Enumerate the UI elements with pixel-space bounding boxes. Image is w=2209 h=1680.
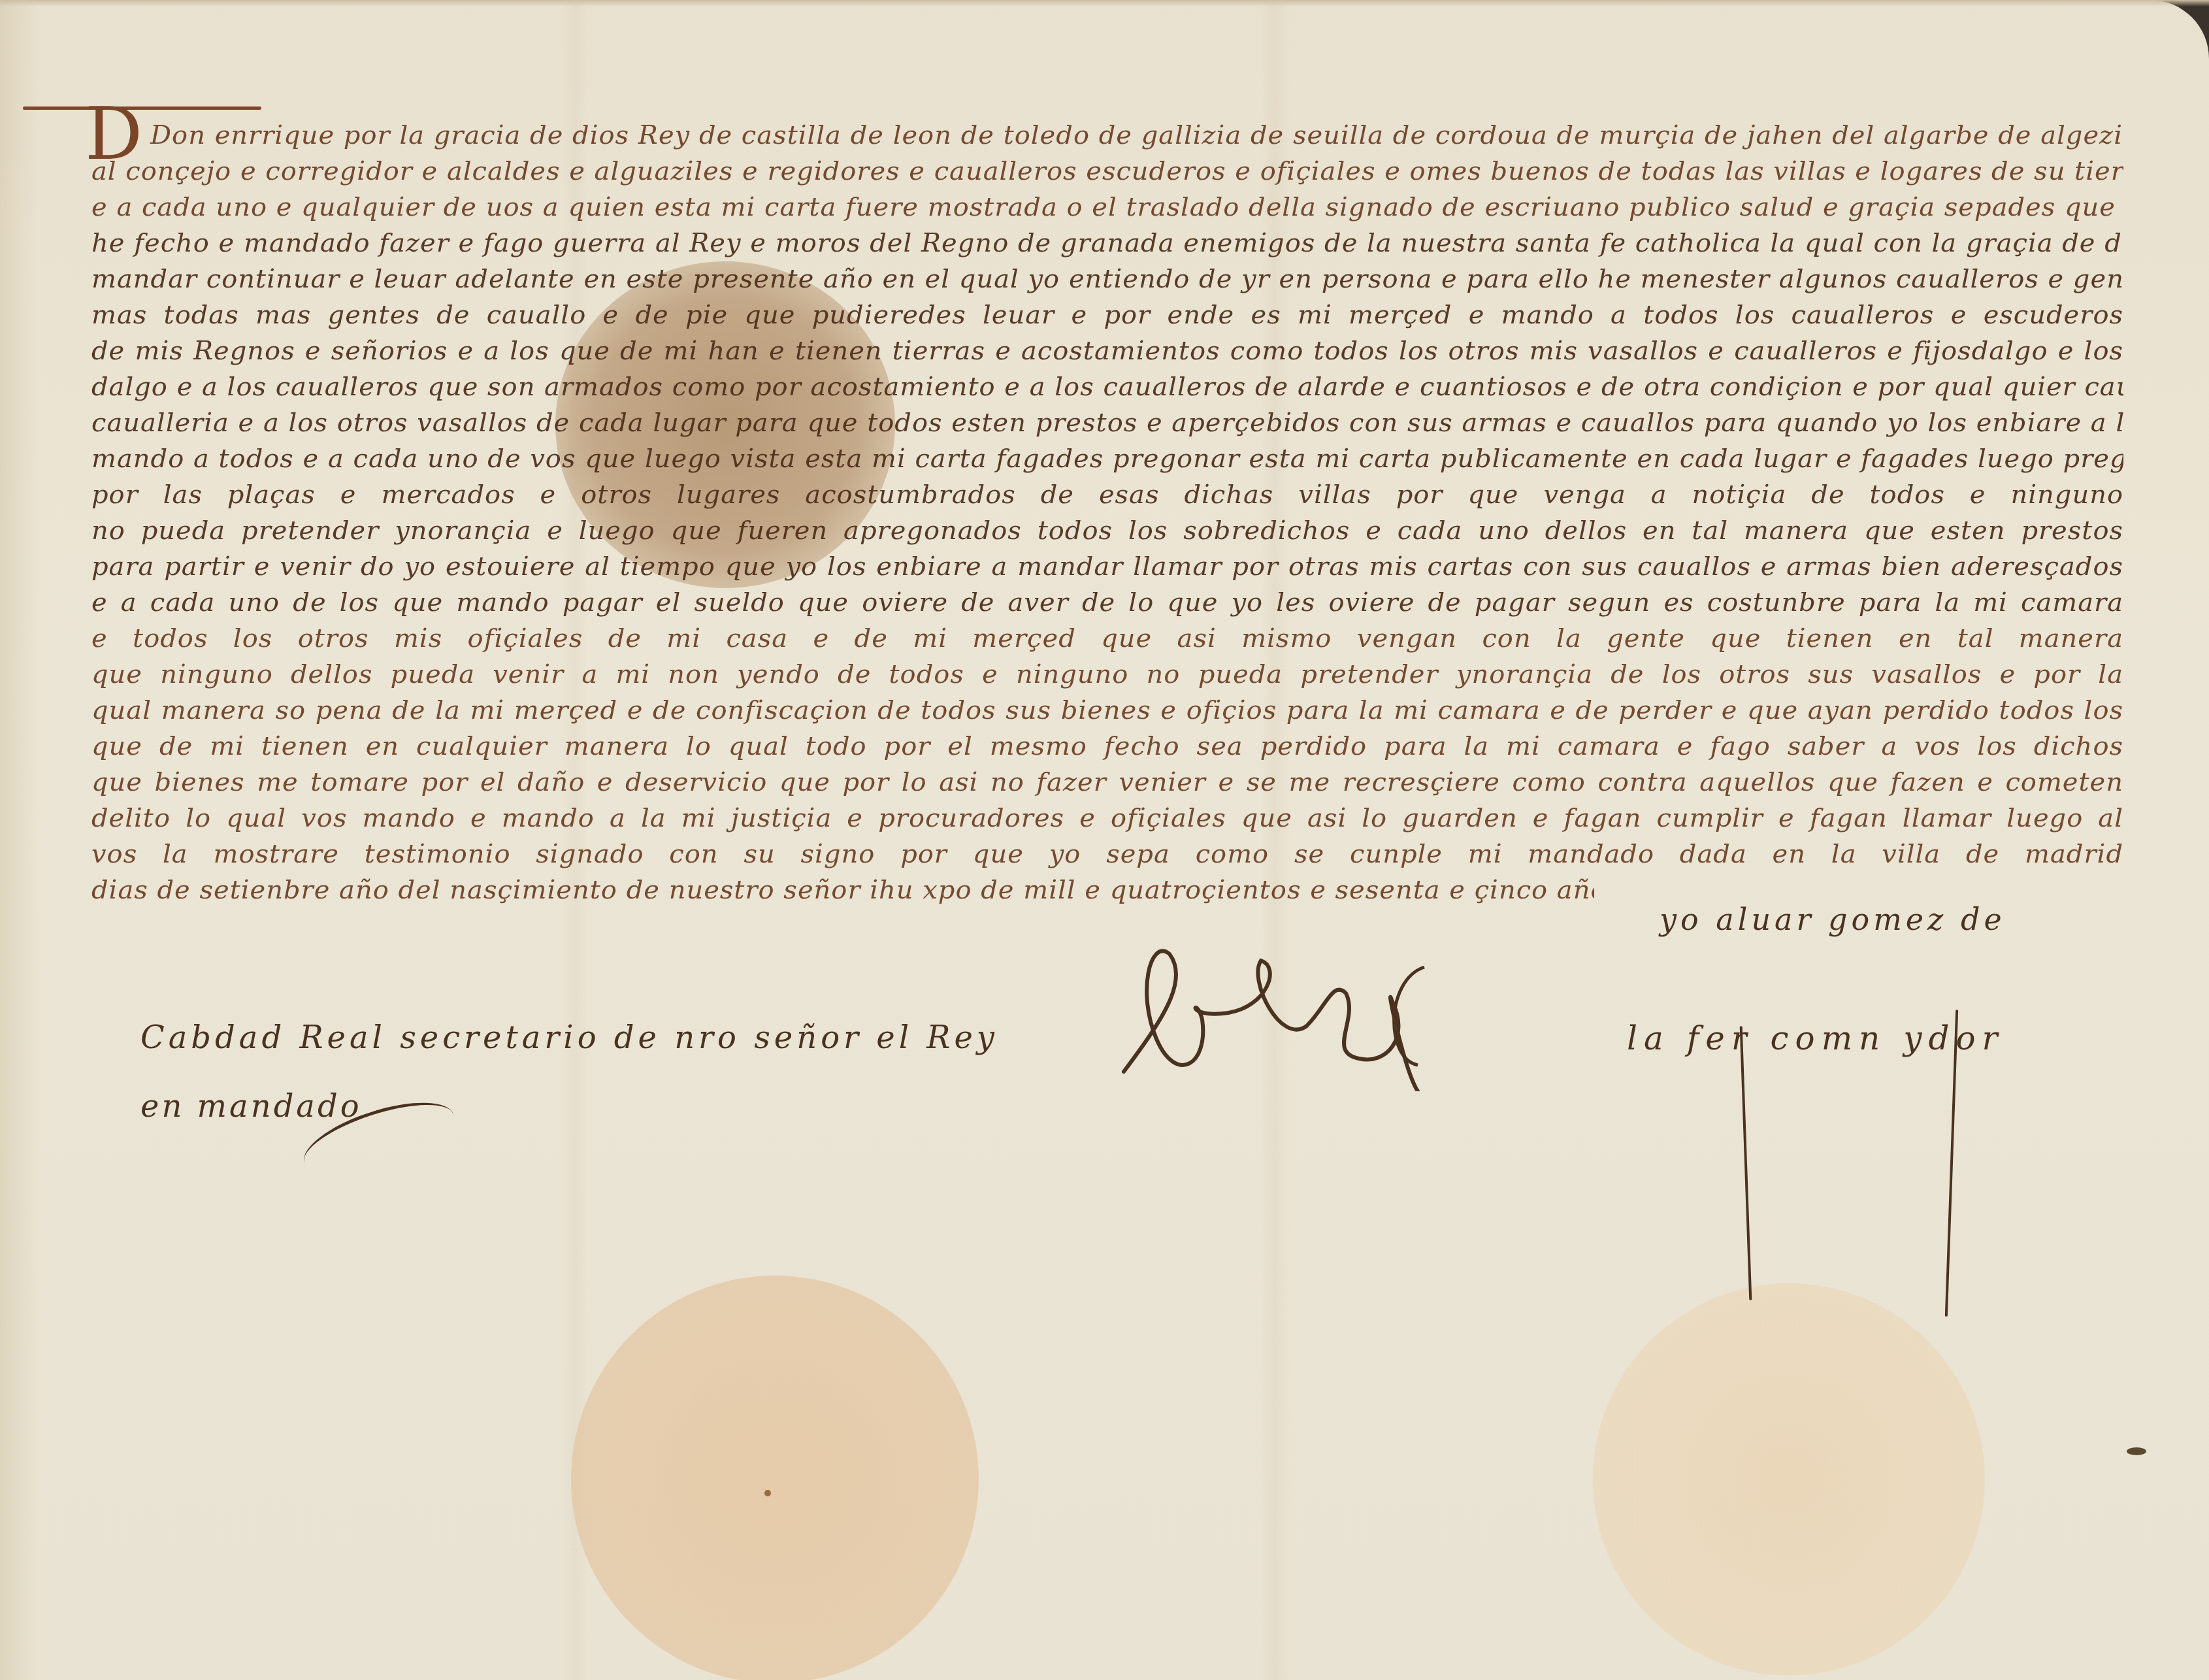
text-line: Don enrrique por la gracia de dios Rey d… [91,118,2123,154]
text-line: mandar continuar e leuar adelante en est… [91,261,2123,297]
text-line: mando a todos e a cada uno de vos que lu… [91,441,2123,477]
countersignature-top: yo aluar gomez de [1660,902,2006,937]
text-line: no pueda pretender ynorançia e luego que… [91,513,2123,549]
text-line: e a cada uno de los que mando pagar el s… [91,585,2123,621]
royal-rubric-signature [1111,941,1503,1091]
text-line: mas todas mas gentes de cauallo e de pie… [91,297,2123,333]
text-line: caualleria e a los otros vasallos de cad… [91,405,2123,441]
ink-speck [764,1490,771,1496]
text-line: dias de setienbre año del nasçimiento de… [91,872,1594,908]
text-line: por las plaças e mercados e otros lugare… [91,477,2123,513]
secretary-subscription: Cabdad Real secretario de nro señor el R… [140,1019,998,1056]
text-line: delito lo qual vos mando e mando a la mi… [91,800,2123,836]
text-line: e a cada uno e qualquier de uos a quien … [91,189,2123,225]
text-line: que ninguno dellos pueda venir a mi non … [91,657,2123,693]
text-line: que de mi tienen en cualquier manera lo … [91,729,2123,765]
text-line: de mis Regnos e señorios e a los que de … [91,333,2123,369]
text-line: dalgo e a los caualleros que son armados… [91,369,2123,405]
text-line: e todos los otros mis ofiçiales de mi ca… [91,621,2123,657]
text-line: he fecho e mandado fazer e fago guerra a… [91,225,2123,261]
mandado-line: en mandado [140,1088,362,1125]
letter-body: Don enrrique por la gracia de dios Rey d… [91,118,2123,908]
text-line: al conçejo e corregidor e alcaldes e alg… [91,154,2123,189]
countersignature-bottom: la fer comn ydor [1627,1019,2004,1057]
top-fold-edge [0,0,2209,7]
text-line: vos la mostrare testimonio signado con s… [91,836,2123,872]
ink-speck [2127,1447,2146,1455]
text-line: que bienes me tomare por el daño e deser… [91,765,2123,800]
text-line: para partir e venir do yo estouiere al t… [91,549,2123,585]
text-line: qual manera so pena de la mi merçed e de… [91,693,2123,729]
